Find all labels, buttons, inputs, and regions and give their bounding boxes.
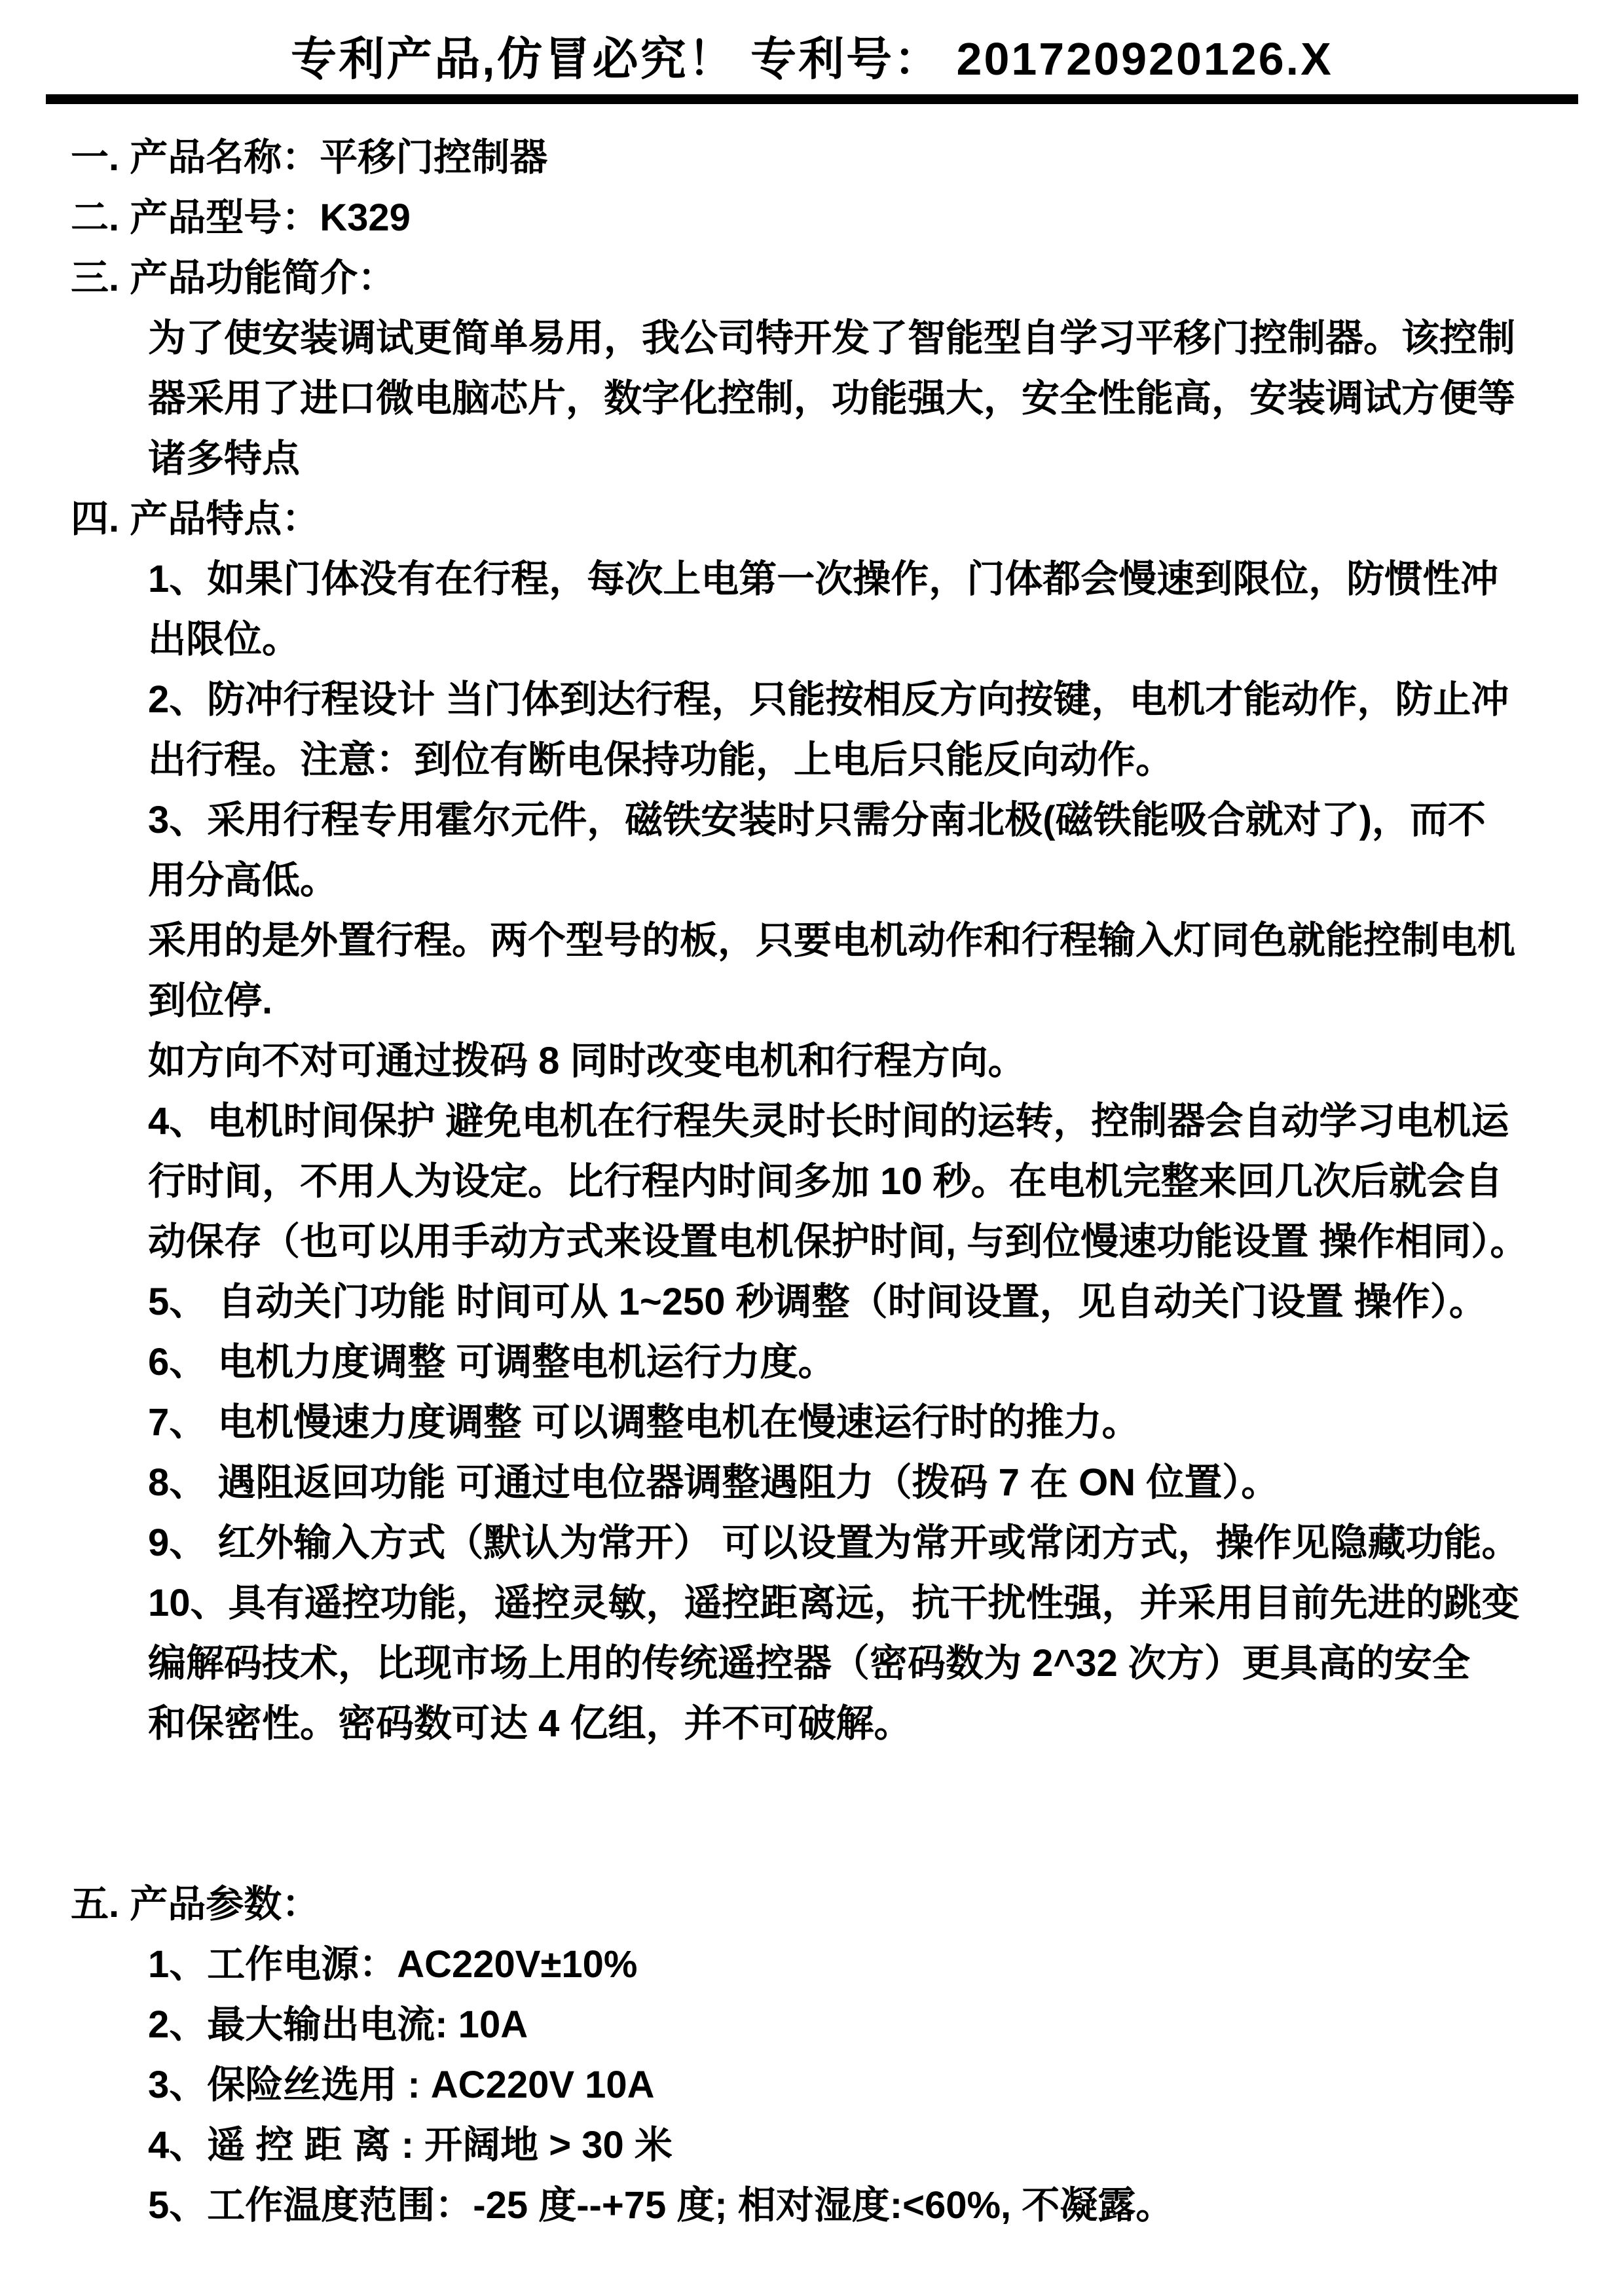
section-product-features: 四. 产品特点： 1、如果门体没有在行程，每次上电第一次操作，门体都会慢速到限位… xyxy=(0,489,1624,1754)
text-line: 和保密性。密码数可达 4 亿组，并不可破解。 xyxy=(0,1694,1624,1754)
text-line: 4、遥 控 距 离 : 开阔地 > 30 米 xyxy=(0,2115,1624,2176)
text-line: 4、电机时间保护 避免电机在行程失灵时长时间的运转，控制器会自动学习电机运 xyxy=(0,1091,1624,1152)
text-line: 1、工作电源：AC220V±10% xyxy=(0,1935,1624,1995)
text-line: 8、 遇阻返回功能 可通过电位器调整遇阻力（拨码 7 在 ON 位置）。 xyxy=(0,1453,1624,1513)
document-content: 一. 产品名称：平移门控制器 二. 产品型号：K329 三. 产品功能简介： 为… xyxy=(0,128,1624,2236)
product-name-heading: 一. 产品名称：平移门控制器 xyxy=(0,128,1624,188)
section-product-name: 一. 产品名称：平移门控制器 xyxy=(0,128,1624,188)
text-line: 编解码技术，比现市场上用的传统遥控器（密码数为 2^32 次方）更具高的安全 xyxy=(0,1633,1624,1694)
section-product-parameters: 五. 产品参数： 1、工作电源：AC220V±10% 2、最大输出电流: 10A… xyxy=(0,1874,1624,2236)
text-line: 采用的是外置行程。两个型号的板，只要电机动作和行程输入灯同色就能控制电机 xyxy=(0,911,1624,971)
text-line: 3、采用行程专用霍尔元件，磁铁安装时只需分南北极(磁铁能吸合就对了)，而不 xyxy=(0,790,1624,850)
text-line: 2、最大输出电流: 10A xyxy=(0,1995,1624,2055)
text-line: 出行程。注意：到位有断电保持功能，上电后只能反向动作。 xyxy=(0,730,1624,790)
text-line: 2、防冲行程设计 当门体到达行程，只能按相反方向按键，电机才能动作，防止冲 xyxy=(0,670,1624,730)
text-line: 6、 电机力度调整 可调整电机运行力度。 xyxy=(0,1332,1624,1393)
product-features-heading: 四. 产品特点： xyxy=(0,489,1624,549)
product-model-heading: 二. 产品型号：K329 xyxy=(0,188,1624,248)
product-parameters-heading: 五. 产品参数： xyxy=(0,1874,1624,1935)
text-line: 3、保险丝选用 : AC220V 10A xyxy=(0,2055,1624,2115)
text-line: 为了使安装调试更简单易用，我公司特开发了智能型自学习平移门控制器。该控制 xyxy=(0,308,1624,369)
text-line: 器采用了进口微电脑芯片，数字化控制，功能强大，安全性能高，安装调试方便等 xyxy=(0,369,1624,429)
text-line: 如方向不对可通过拨码 8 同时改变电机和行程方向。 xyxy=(0,1031,1624,1091)
section-function-intro: 三. 产品功能简介： 为了使安装调试更简单易用，我公司特开发了智能型自学习平移门… xyxy=(0,248,1624,489)
title-underline xyxy=(46,94,1578,104)
text-line: 9、 红外输入方式（默认为常开） 可以设置为常开或常闭方式，操作见隐藏功能。 xyxy=(0,1513,1624,1573)
text-line: 1、如果门体没有在行程，每次上电第一次操作，门体都会慢速到限位，防惯性冲 xyxy=(0,549,1624,610)
document-page: 专利产品,仿冒必究！ 专利号： 201720920126.X 一. 产品名称：平… xyxy=(0,0,1624,2296)
function-intro-lines: 为了使安装调试更简单易用，我公司特开发了智能型自学习平移门控制器。该控制 器采用… xyxy=(0,308,1624,489)
text-line: 到位停. xyxy=(0,971,1624,1031)
text-line: 5、 自动关门功能 时间可从 1~250 秒调整（时间设置，见自动关门设置 操作… xyxy=(0,1272,1624,1332)
text-line: 5、工作温度范围：-25 度--+75 度; 相对湿度:<60%, 不凝露。 xyxy=(0,2176,1624,2236)
text-line: 诸多特点 xyxy=(0,429,1624,489)
function-intro-heading: 三. 产品功能简介： xyxy=(0,248,1624,308)
product-features-lines: 1、如果门体没有在行程，每次上电第一次操作，门体都会慢速到限位，防惯性冲 出限位… xyxy=(0,549,1624,1754)
text-line: 用分高低。 xyxy=(0,850,1624,911)
patent-title: 专利产品,仿冒必究！ 专利号： 201720920126.X xyxy=(0,0,1624,90)
text-line: 动保存（也可以用手动方式来设置电机保护时间, 与到位慢速功能设置 操作相同）。 xyxy=(0,1212,1624,1272)
product-parameters-lines: 1、工作电源：AC220V±10% 2、最大输出电流: 10A 3、保险丝选用 … xyxy=(0,1935,1624,2236)
section-product-model: 二. 产品型号：K329 xyxy=(0,188,1624,248)
text-line: 出限位。 xyxy=(0,610,1624,670)
text-line: 行时间，不用人为设定。比行程内时间多加 10 秒。在电机完整来回几次后就会自 xyxy=(0,1152,1624,1212)
text-line: 7、 电机慢速力度调整 可以调整电机在慢速运行时的推力。 xyxy=(0,1393,1624,1453)
text-line: 10、具有遥控功能，遥控灵敏，遥控距离远，抗干扰性强，并采用目前先进的跳变 xyxy=(0,1573,1624,1633)
